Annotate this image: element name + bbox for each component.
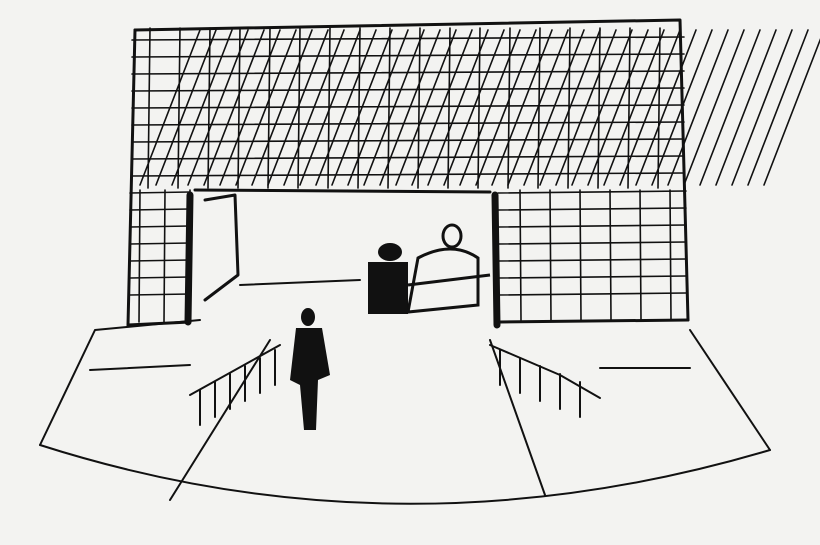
sketch-canvas xyxy=(0,0,820,545)
paper-background xyxy=(0,0,820,545)
